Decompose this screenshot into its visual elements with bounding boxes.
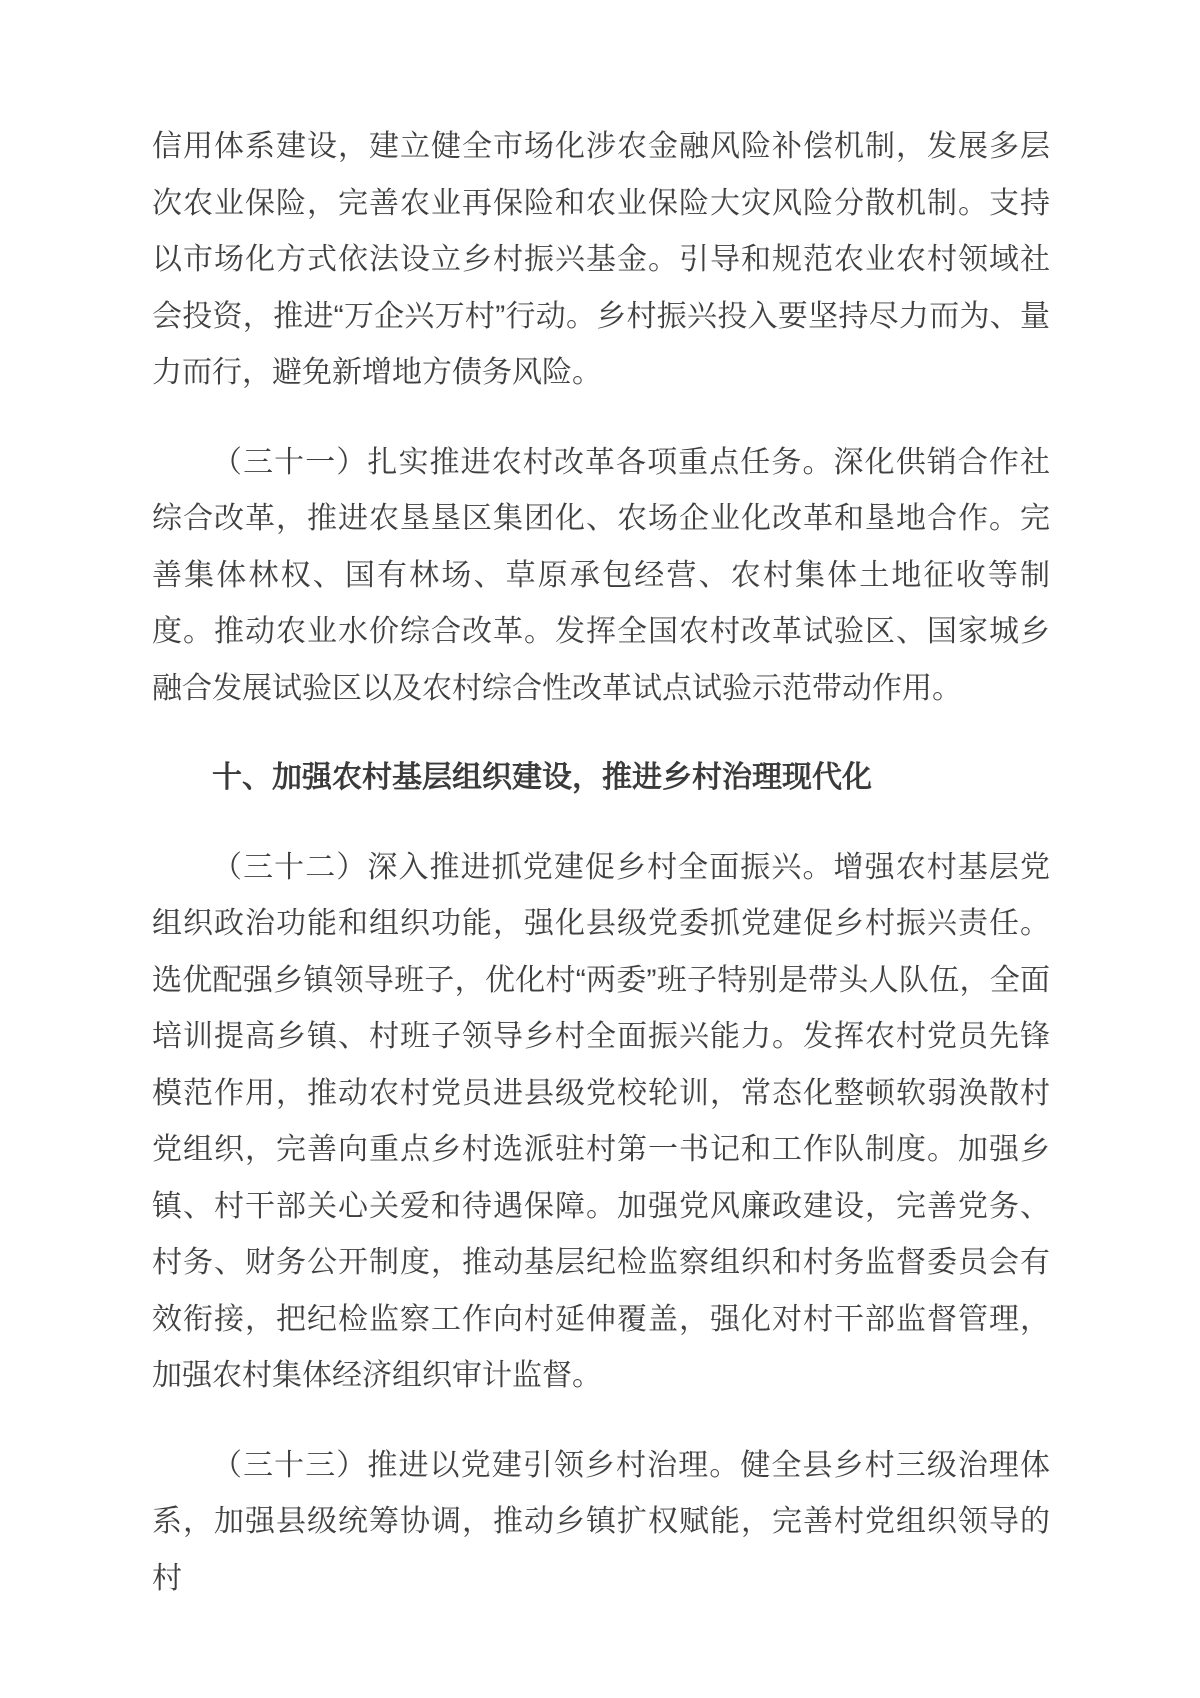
paragraph-article-32: （三十二）深入推进抓党建促乡村全面振兴。增强农村基层党组织政治功能和组织功能，强…	[152, 840, 1050, 1405]
document-content: 信用体系建设，建立健全市场化涉农金融风险补偿机制，发展多层次农业保险，完善农业再…	[152, 119, 1050, 1640]
section-heading-10: 十、加强农村基层组织建设，推进乡村治理现代化	[152, 750, 1050, 807]
document-page: 信用体系建设，建立健全市场化涉农金融风险补偿机制，发展多层次农业保险，完善农业再…	[0, 0, 1200, 1698]
paragraph-article-33: （三十三）推进以党建引领乡村治理。健全县乡村三级治理体系，加强县级统筹协调，推动…	[152, 1438, 1050, 1608]
paragraph-article-31: （三十一）扎实推进农村改革各项重点任务。深化供销合作社综合改革，推进农垦垦区集团…	[152, 435, 1050, 718]
paragraph-continuation: 信用体系建设，建立健全市场化涉农金融风险补偿机制，发展多层次农业保险，完善农业再…	[152, 119, 1050, 402]
